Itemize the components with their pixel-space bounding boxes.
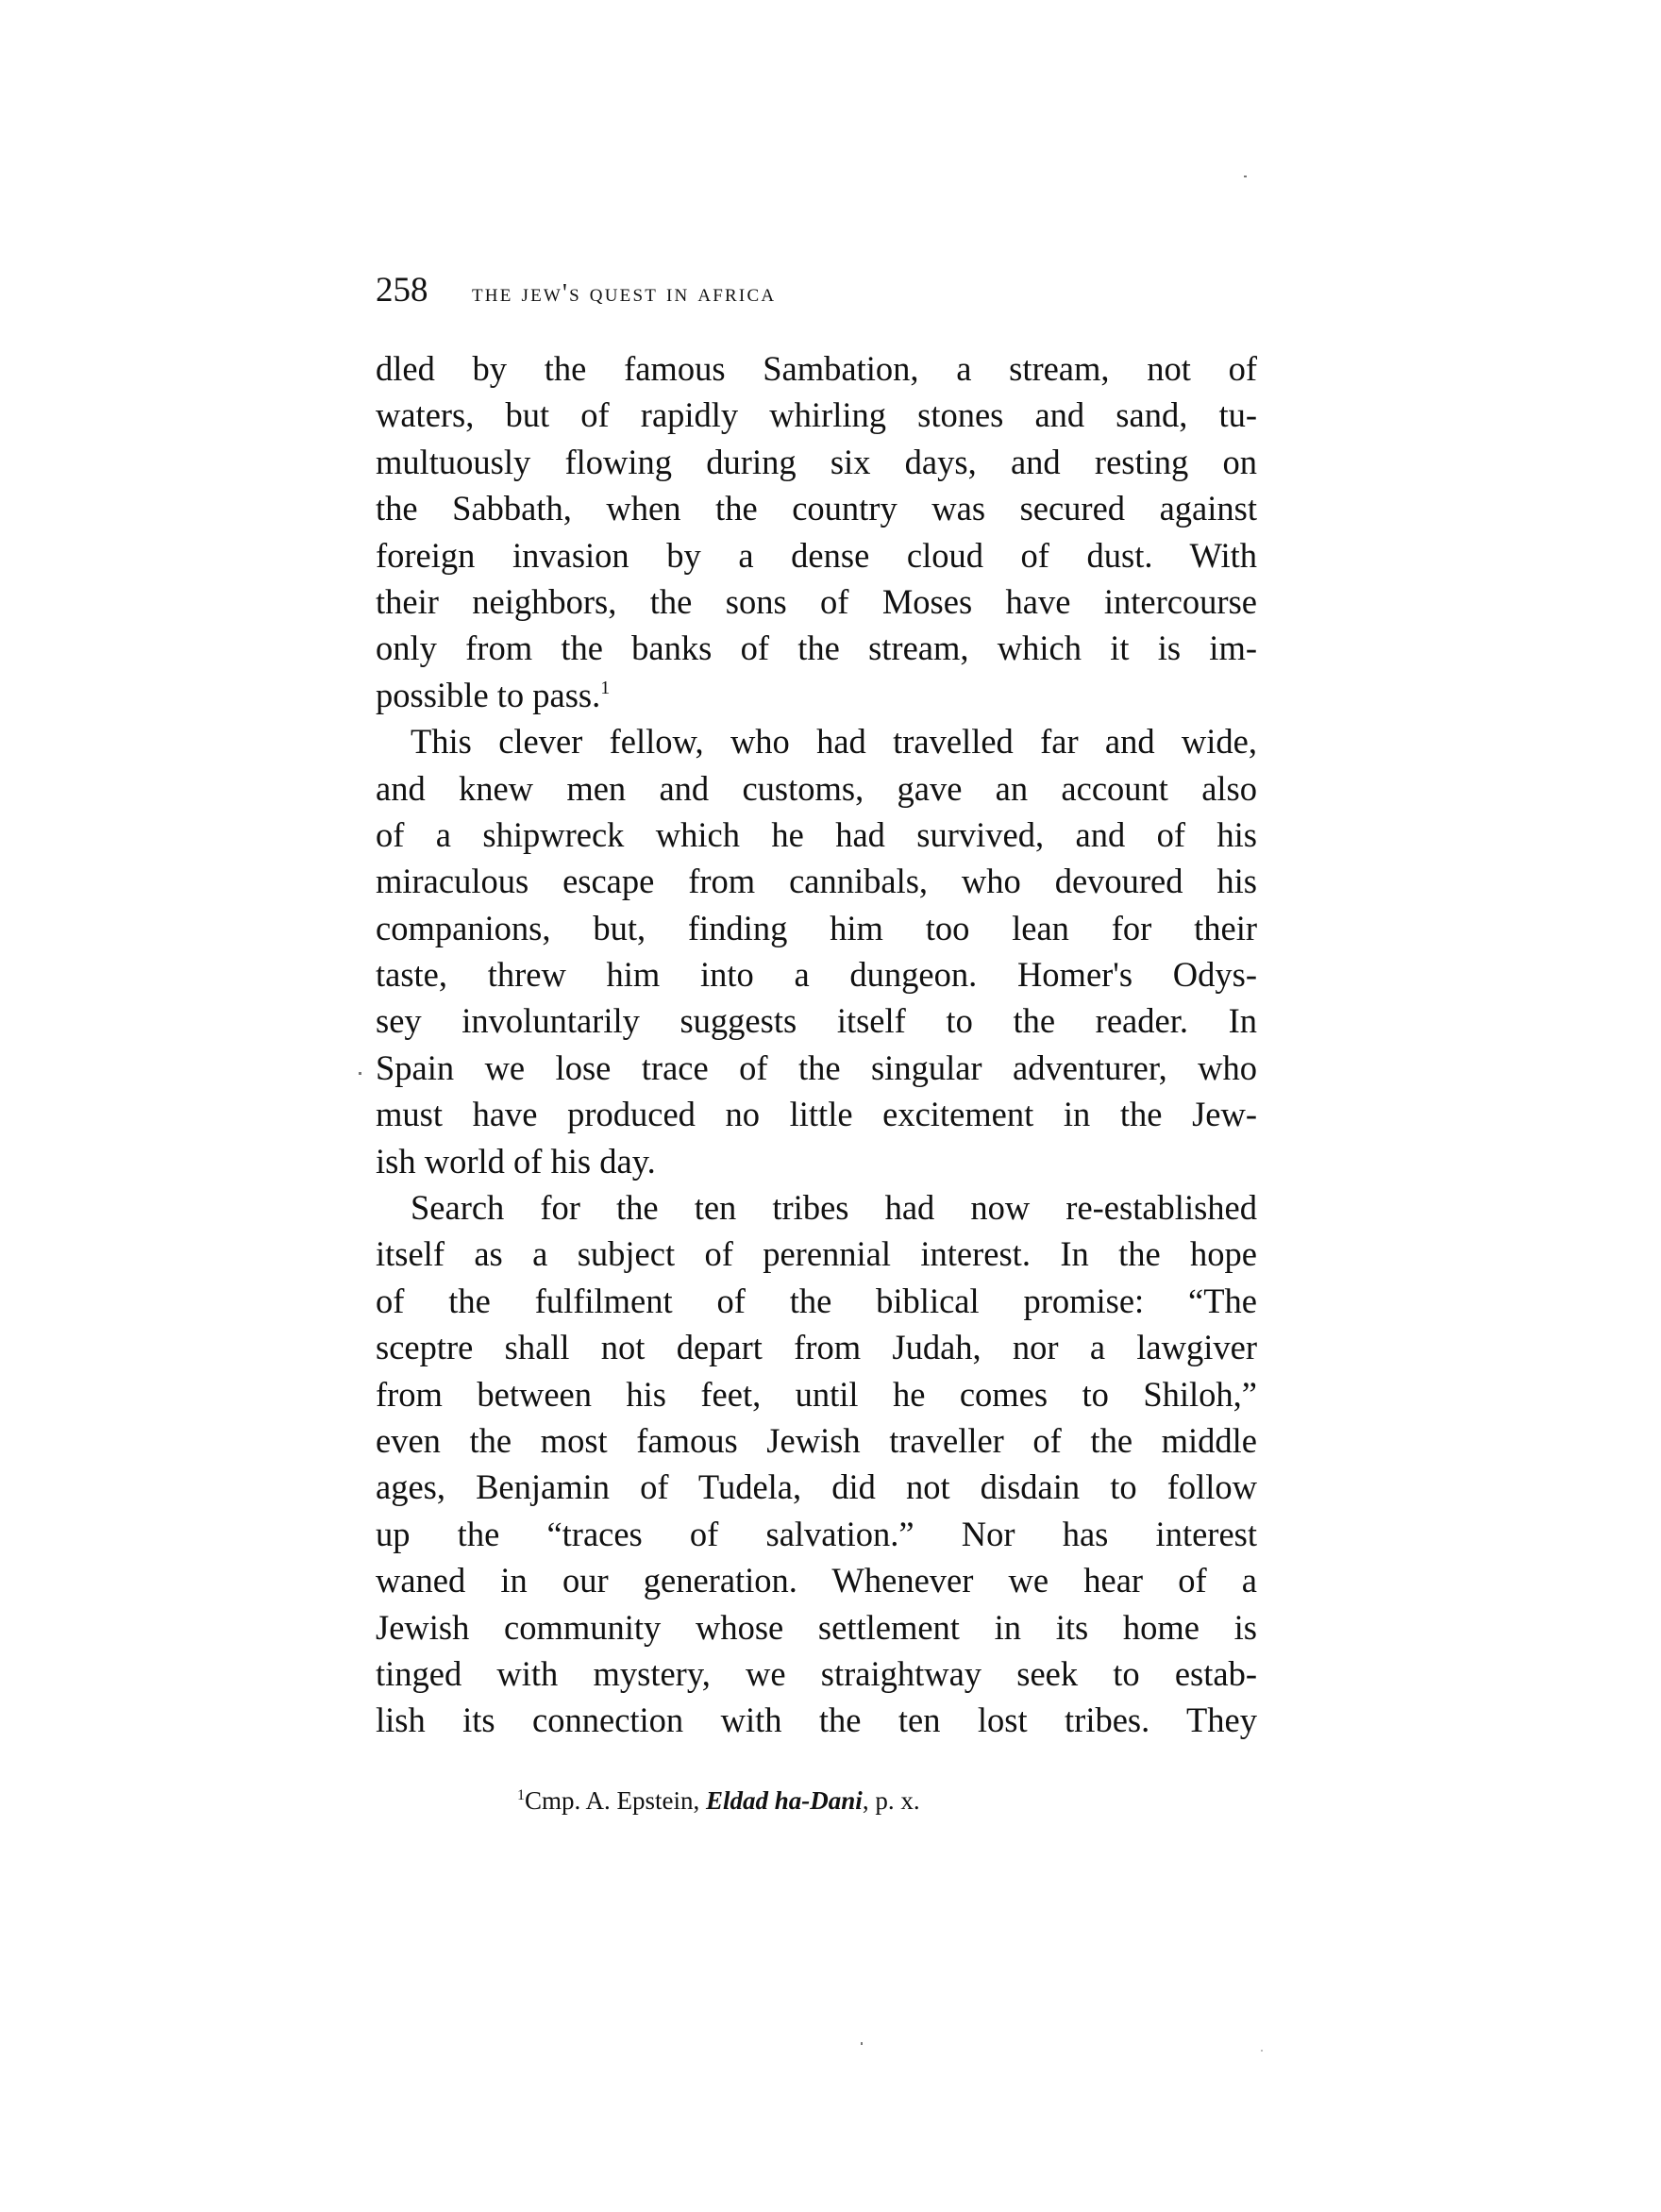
footnote-reference: 1: [600, 678, 610, 698]
text-line: sceptre shall not depart from Judah, nor…: [376, 1324, 1257, 1370]
scan-speck: [1261, 2050, 1263, 2052]
text-line: only from the banks of the stream, which…: [376, 625, 1257, 671]
text-line-content: ages, Benjamin of Tudela, did not disdai…: [376, 1467, 1257, 1506]
body-text: dled by the famous Sambation, a stream, …: [376, 345, 1257, 1744]
text-line: their neighbors, the sons of Moses have …: [376, 578, 1257, 625]
page-header: 258 THE JEW'S QUEST IN AFRICA: [376, 267, 1263, 314]
text-line-content: Spain we lose trace of the singular adve…: [376, 1048, 1257, 1087]
footnote: 1Cmp. A. Epstein, Eldad ha-Dani, p. x.: [517, 1782, 1178, 1819]
text-line-content: taste, threw him into a dungeon. Homer's…: [376, 955, 1257, 994]
text-line: Spain we lose trace of the singular adve…: [376, 1045, 1257, 1091]
page-number: 258: [376, 267, 428, 314]
text-line-content: waned in our generation. Whenever we hea…: [376, 1561, 1257, 1600]
text-line-content: dled by the famous Sambation, a stream, …: [376, 349, 1257, 388]
text-line: Jewish community whose settlement in its…: [376, 1604, 1257, 1651]
text-line: of the fulfilment of the biblical promis…: [376, 1278, 1257, 1324]
book-page: 258 THE JEW'S QUEST IN AFRICA dled by th…: [0, 0, 1661, 2212]
text-line: itself as a subject of perennial interes…: [376, 1231, 1257, 1277]
text-line-content: tinged with mystery, we straightway seek…: [376, 1654, 1257, 1693]
text-line-content: the Sabbath, when the country was secure…: [376, 489, 1257, 528]
text-line-content: must have produced no little excitement …: [376, 1095, 1257, 1133]
footnote-suffix: , p. x.: [863, 1786, 920, 1815]
text-line-content: even the most famous Jewish traveller of…: [376, 1421, 1257, 1460]
text-line-content: sey involuntarily suggests itself to the…: [376, 1001, 1257, 1040]
scan-speck: [861, 2042, 863, 2045]
text-line-content: lish its connection with the ten lost tr…: [376, 1701, 1257, 1739]
text-line: multuously flowing during six days, and …: [376, 439, 1257, 485]
text-line-content: from between his feet, until he comes to…: [376, 1375, 1257, 1414]
text-line-content: Jewish community whose settlement in its…: [376, 1608, 1257, 1647]
text-line-content: up the “traces of salvation.” Nor has in…: [376, 1515, 1257, 1553]
text-line-content: multuously flowing during six days, and …: [376, 443, 1257, 481]
text-line-content: miraculous escape from cannibals, who de…: [376, 862, 1257, 900]
text-line: waned in our generation. Whenever we hea…: [376, 1557, 1257, 1603]
text-line-content: of a shipwreck which he had survived, an…: [376, 815, 1257, 854]
scan-speck: [359, 1072, 361, 1075]
text-line: the Sabbath, when the country was secure…: [376, 485, 1257, 531]
text-line-content: sceptre shall not depart from Judah, nor…: [376, 1328, 1257, 1366]
text-line: even the most famous Jewish traveller of…: [376, 1417, 1257, 1464]
text-line-content: only from the banks of the stream, which…: [376, 628, 1257, 667]
text-line-content: waters, but of rapidly whirling stones a…: [376, 395, 1257, 434]
text-line-content: of the fulfilment of the biblical promis…: [376, 1282, 1257, 1320]
text-line: waters, but of rapidly whirling stones a…: [376, 392, 1257, 438]
footnote-marker: 1: [517, 1787, 525, 1803]
text-line-content: This clever fellow, who had travelled fa…: [411, 722, 1257, 761]
text-line: taste, threw him into a dungeon. Homer's…: [376, 951, 1257, 997]
text-line: of a shipwreck which he had survived, an…: [376, 812, 1257, 858]
text-line-content: companions, but, finding him too lean fo…: [376, 909, 1257, 947]
text-line: companions, but, finding him too lean fo…: [376, 905, 1257, 951]
text-line: miraculous escape from cannibals, who de…: [376, 858, 1257, 904]
text-line: tinged with mystery, we straightway seek…: [376, 1651, 1257, 1697]
text-line: sey involuntarily suggests itself to the…: [376, 997, 1257, 1044]
text-line: lish its connection with the ten lost tr…: [376, 1697, 1257, 1743]
text-line: foreign invasion by a dense cloud of dus…: [376, 532, 1257, 578]
scan-speck: [1244, 176, 1247, 177]
text-line: must have produced no little excitement …: [376, 1091, 1257, 1137]
text-line-content: and knew men and customs, gave an accoun…: [376, 769, 1257, 808]
text-line: and knew men and customs, gave an accoun…: [376, 765, 1257, 812]
text-line: Search for the ten tribes had now re-est…: [376, 1184, 1257, 1231]
text-line-content: foreign invasion by a dense cloud of dus…: [376, 536, 1257, 575]
text-line: up the “traces of salvation.” Nor has in…: [376, 1511, 1257, 1557]
text-line-content: their neighbors, the sons of Moses have …: [376, 582, 1257, 621]
text-line: ish world of his day.: [376, 1138, 1257, 1184]
text-line: dled by the famous Sambation, a stream, …: [376, 345, 1257, 392]
text-line: from between his feet, until he comes to…: [376, 1371, 1257, 1417]
text-line-content: Search for the ten tribes had now re-est…: [411, 1188, 1257, 1227]
text-line: possible to pass.1: [376, 672, 1257, 718]
text-line-content: possible to pass.: [376, 676, 600, 714]
running-title: THE JEW'S QUEST IN AFRICA: [472, 269, 776, 316]
text-line: This clever fellow, who had travelled fa…: [376, 718, 1257, 764]
footnote-prefix: Cmp. A. Epstein,: [525, 1786, 706, 1815]
text-line-content: itself as a subject of perennial interes…: [376, 1234, 1257, 1273]
footnote-title: Eldad ha-Dani: [706, 1786, 863, 1815]
text-line: ages, Benjamin of Tudela, did not disdai…: [376, 1464, 1257, 1510]
text-line-content: ish world of his day.: [376, 1142, 656, 1181]
